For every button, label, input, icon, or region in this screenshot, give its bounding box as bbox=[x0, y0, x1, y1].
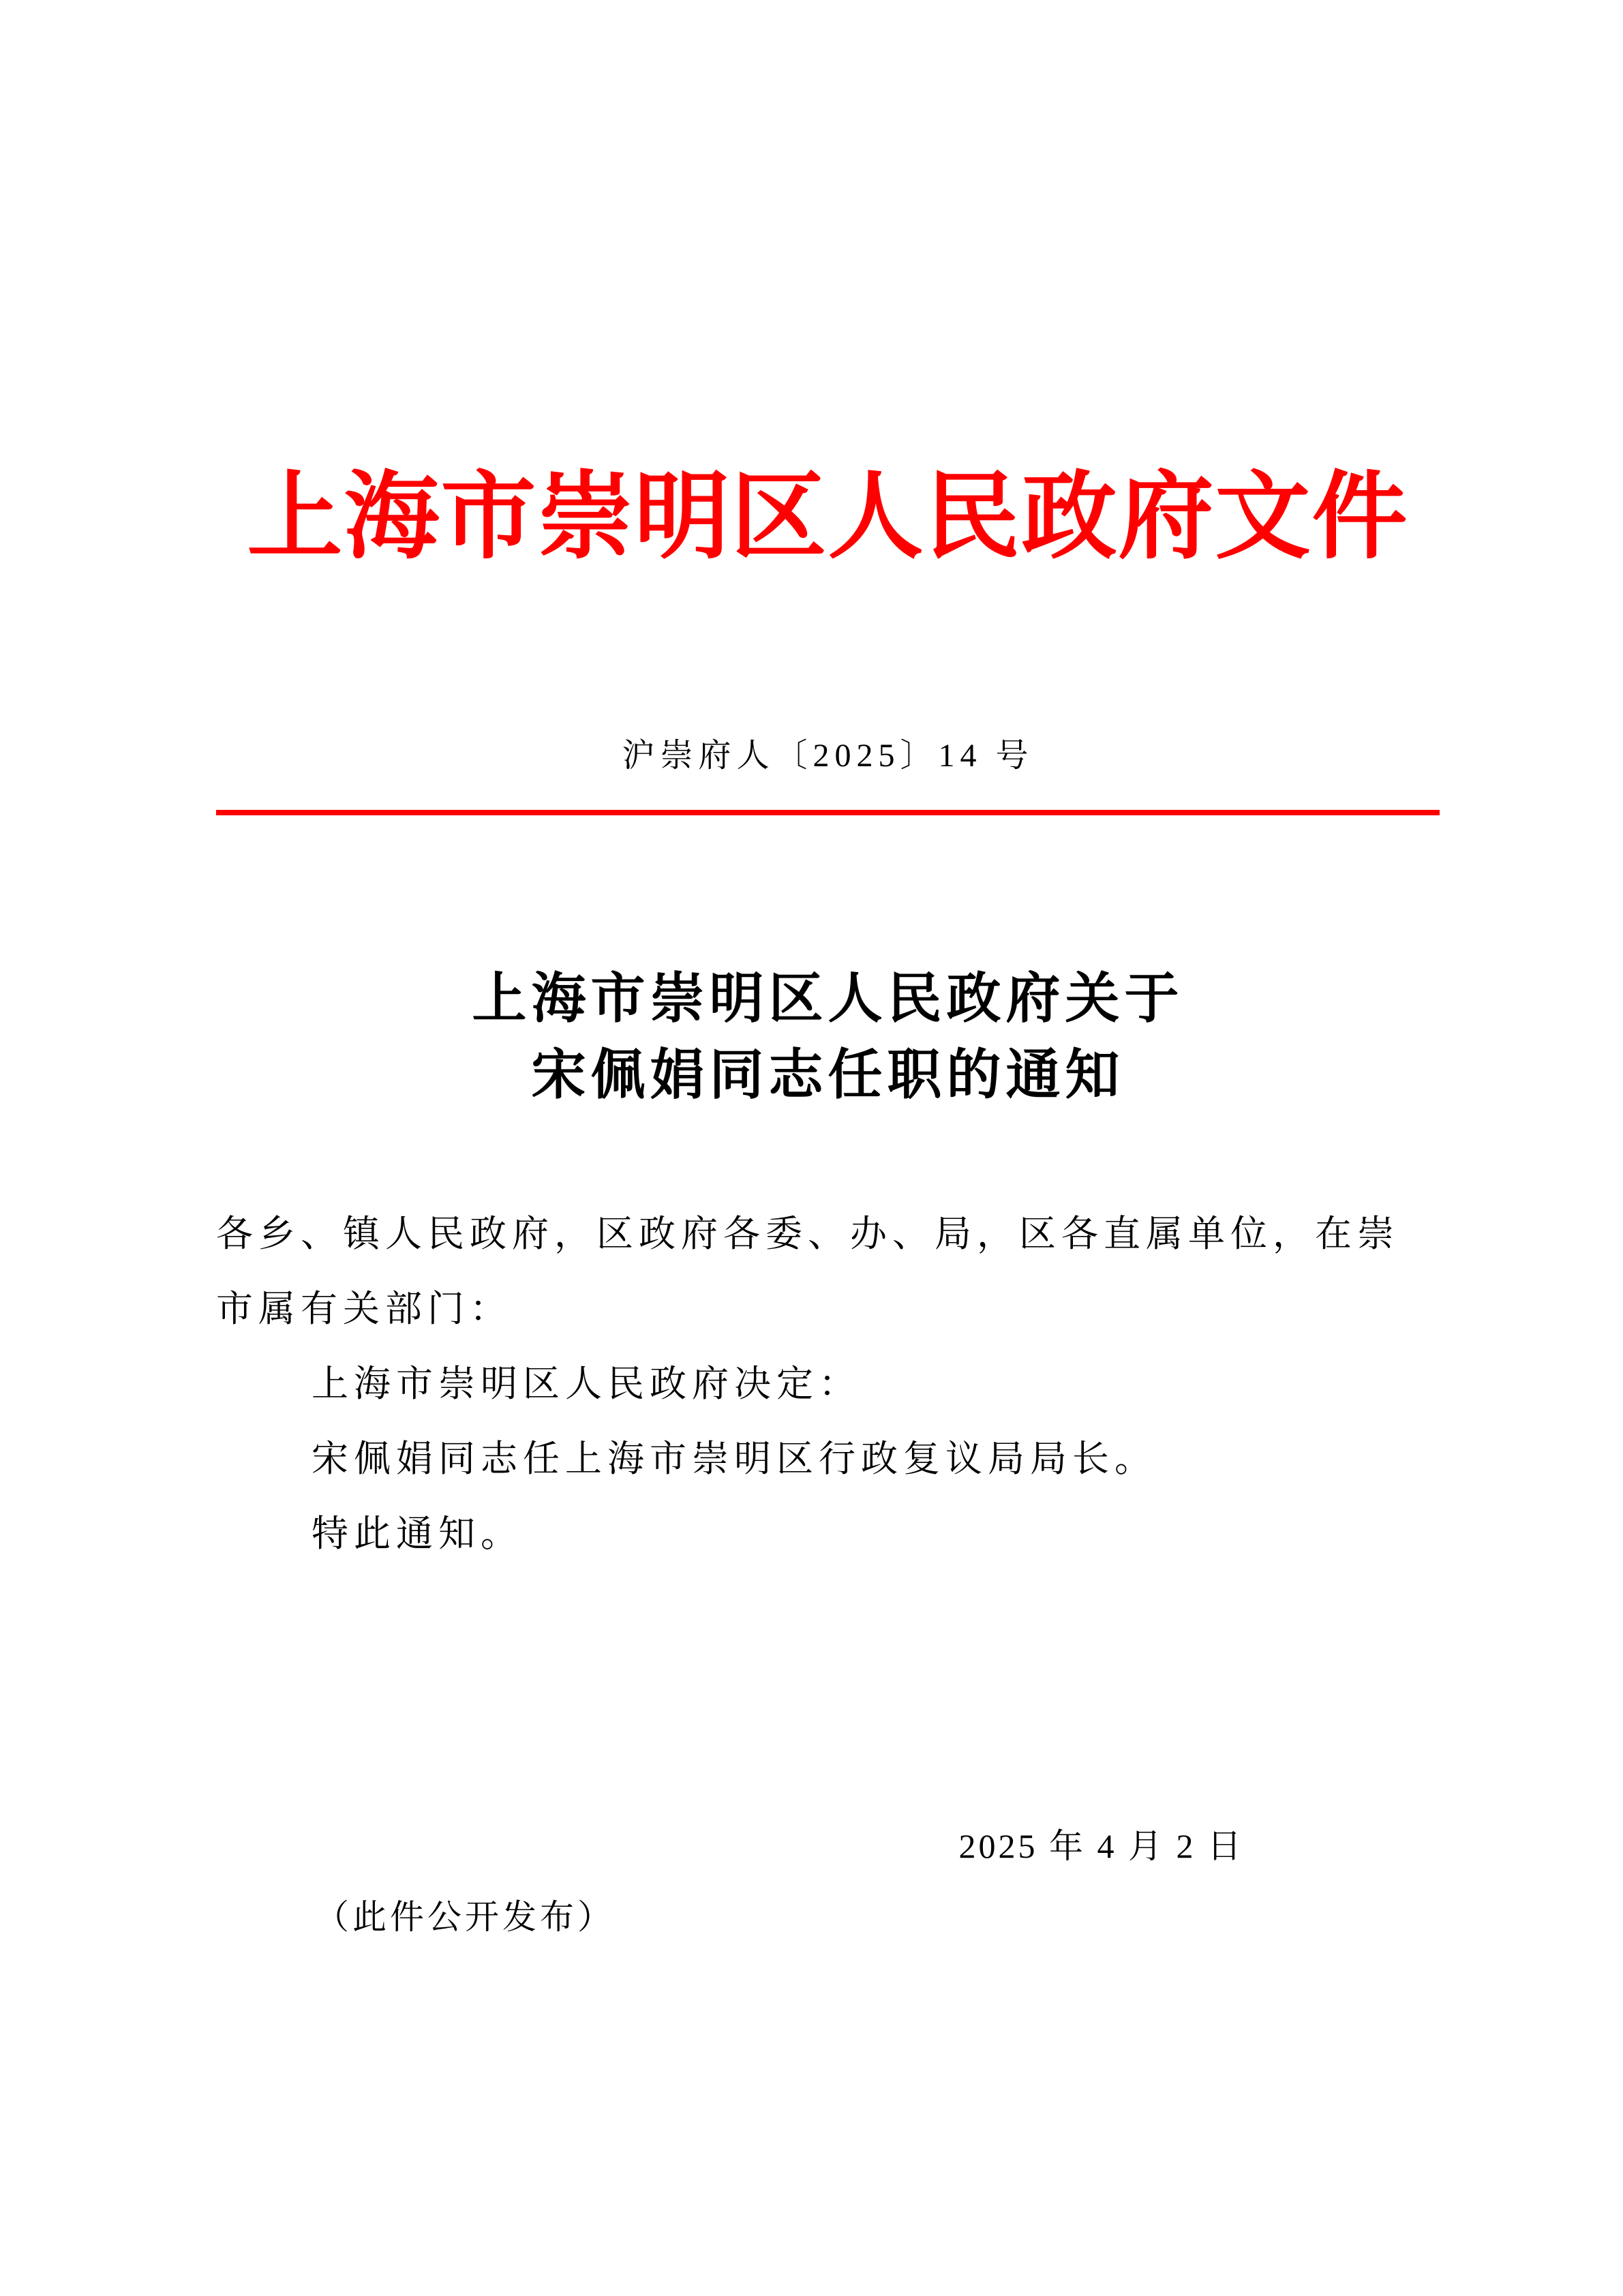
salutation-line-2: 市属有关部门： bbox=[216, 1271, 1440, 1346]
notice-body: 各乡、镇人民政府，区政府各委、办、局，区各直属单位，在崇 市属有关部门： 上海市… bbox=[216, 1196, 1440, 1571]
body-paragraph-appointment: 宋佩娟同志任上海市崇明区行政复议局局长。 bbox=[216, 1421, 1440, 1496]
government-document-page: 上海市崇明区人民政府文件 沪崇府人〔2025〕14 号 上海市崇明区人民政府关于… bbox=[0, 0, 1623, 2296]
body-paragraph-decision: 上海市崇明区人民政府决定： bbox=[216, 1346, 1440, 1421]
notice-title-line-2: 宋佩娟同志任职的通知 bbox=[216, 1038, 1440, 1114]
notice-title: 上海市崇明区人民政府关于 宋佩娟同志任职的通知 bbox=[216, 961, 1440, 1114]
document-number: 沪崇府人〔2025〕14 号 bbox=[216, 737, 1440, 775]
body-paragraph-closing: 特此通知。 bbox=[216, 1496, 1440, 1571]
issue-date: 2025 年 4 月 2 日 bbox=[216, 1822, 1440, 1870]
masthead-title: 上海市崇明区人民政府文件 bbox=[216, 464, 1440, 573]
publish-note: （此件公开发布） bbox=[216, 1893, 1440, 1941]
red-divider-rule bbox=[216, 810, 1440, 815]
salutation-line-1: 各乡、镇人民政府，区政府各委、办、局，区各直属单位，在崇 bbox=[216, 1196, 1440, 1271]
notice-title-line-1: 上海市崇明区人民政府关于 bbox=[216, 961, 1440, 1038]
